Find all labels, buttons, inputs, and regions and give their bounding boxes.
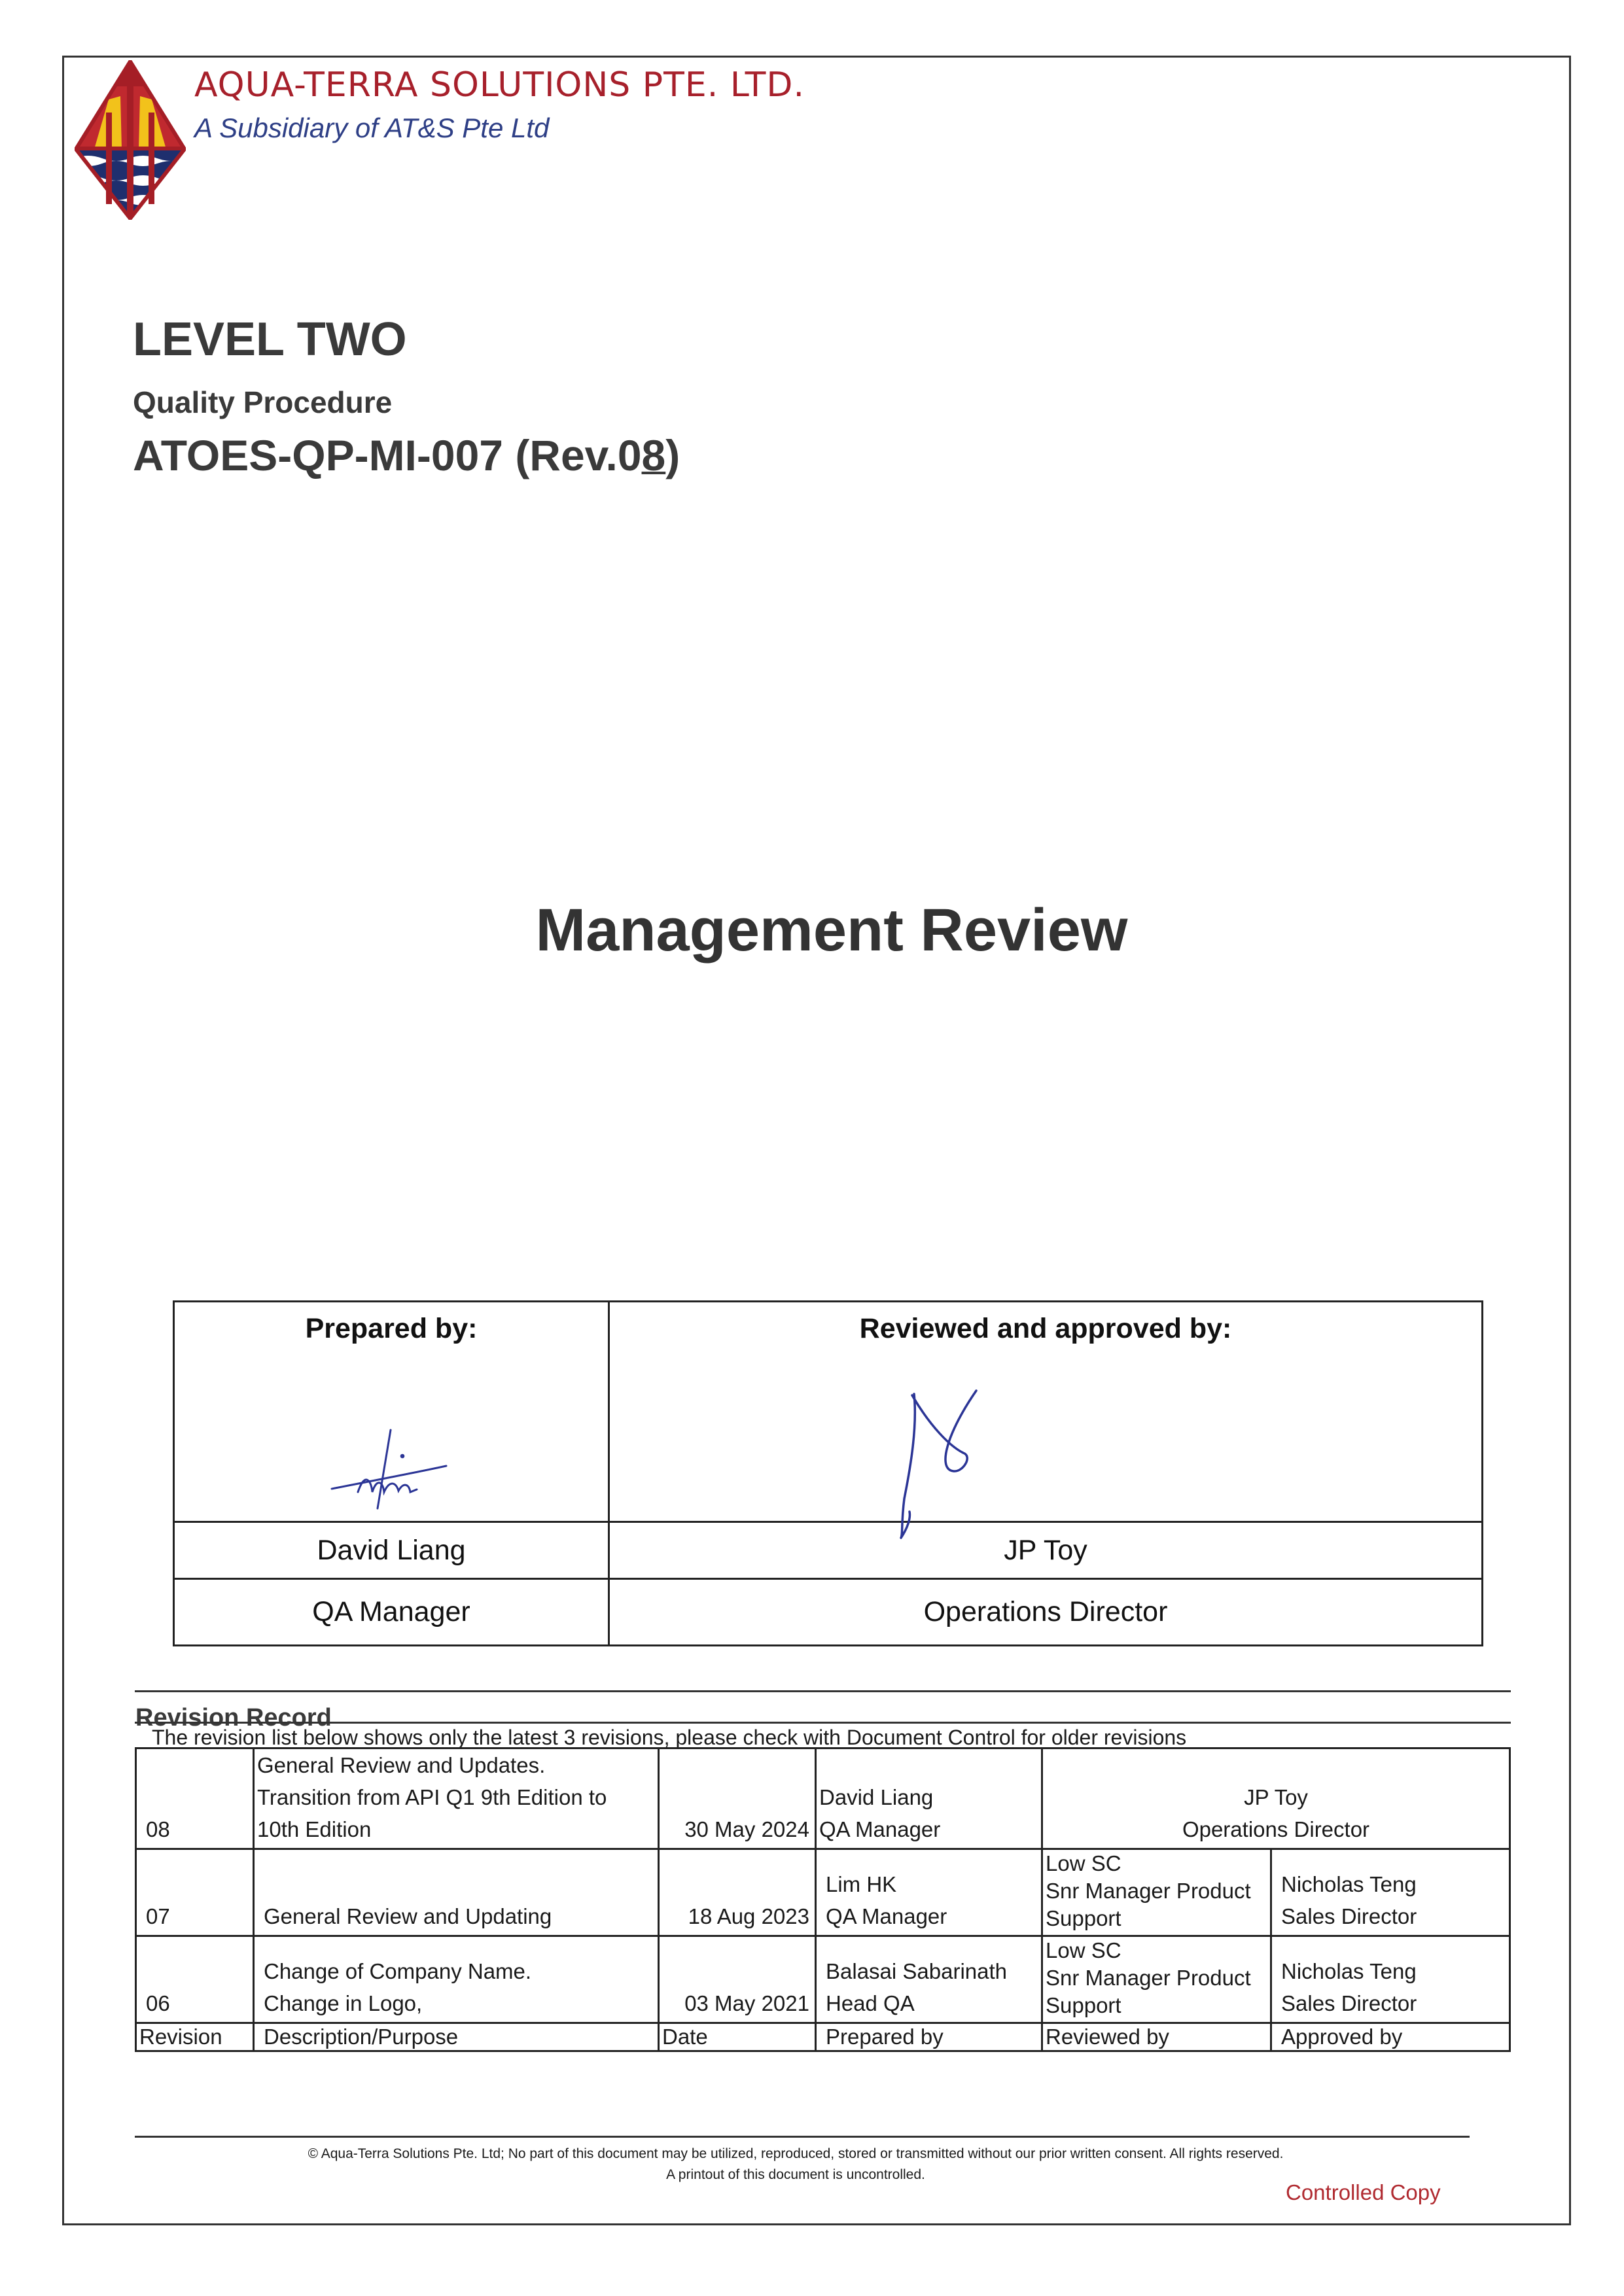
- description-cell: General Review and Updating: [254, 1849, 659, 1936]
- column-header-prepared-by: Prepared by: [816, 2023, 1042, 2051]
- reviewed-by-role: Operations Director: [609, 1579, 1483, 1646]
- reviewed-by-name: JP Toy: [609, 1522, 1483, 1579]
- table-row: 08 General Review and Updates.Transition…: [136, 1748, 1510, 1849]
- document-type: Quality Procedure: [133, 385, 392, 420]
- date-cell: 18 Aug 2023: [659, 1849, 816, 1936]
- document-number-suffix: ): [665, 431, 680, 479]
- reviewer-signature-icon: [872, 1387, 1068, 1544]
- reviewed-by-header: Reviewed and approved by:: [860, 1313, 1232, 1344]
- company-subsidiary: A Subsidiary of AT&S Pte Ltd: [194, 113, 549, 144]
- approved-by-cell: Nicholas TengSales Director: [1271, 1849, 1510, 1936]
- column-header-approved-by: Approved by: [1271, 2023, 1510, 2051]
- company-logo-icon: [75, 60, 186, 220]
- document-title: Management Review: [0, 896, 1624, 965]
- document-number: ATOES-QP-MI-007 (Rev.08): [133, 430, 680, 480]
- approved-by-cell: Nicholas TengSales Director: [1271, 1936, 1510, 2023]
- revision-record-title-rule: [135, 1722, 1511, 1724]
- column-header-date: Date: [659, 2023, 816, 2051]
- controlled-copy-stamp: Controlled Copy: [1286, 2180, 1441, 2205]
- company-name: AQUA-TERRA SOLUTIONS PTE. LTD.: [194, 65, 805, 105]
- approval-signature-table: Prepared by: Reviewed and approved by:: [173, 1300, 1483, 1646]
- prepared-by-header: Prepared by:: [306, 1313, 478, 1344]
- column-header-revision: Revision: [136, 2023, 254, 2051]
- prepared-by-role: QA Manager: [174, 1579, 609, 1646]
- table-row: 06 Change of Company Name.Change in Logo…: [136, 1936, 1510, 2023]
- reviewed-by-cell: Low SCSnr Manager ProductSupport: [1042, 1849, 1271, 1936]
- document-number-revision-digit: 8: [642, 431, 666, 479]
- revision-cell: 06: [136, 1936, 254, 2023]
- description-cell: General Review and Updates.Transition fr…: [254, 1748, 659, 1849]
- prepared-by-cell: Prepared by:: [174, 1302, 609, 1522]
- date-cell: 03 May 2021: [659, 1936, 816, 2023]
- table-header-row: Revision Description/Purpose Date Prepar…: [136, 2023, 1510, 2051]
- revision-cell: 08: [136, 1748, 254, 1849]
- reviewed-by-cell: Reviewed and approved by:: [609, 1302, 1483, 1522]
- date-cell: 30 May 2024: [659, 1748, 816, 1849]
- reviewed-by-cell: Low SCSnr Manager ProductSupport: [1042, 1936, 1271, 2023]
- footer-rule: [135, 2136, 1470, 2138]
- revision-cell: 07: [136, 1849, 254, 1936]
- prepared-by-cell: Lim HKQA Manager: [816, 1849, 1042, 1936]
- prepared-by-cell: David LiangQA Manager: [816, 1748, 1042, 1849]
- revision-record-note: The revision list below shows only the l…: [152, 1726, 1186, 1750]
- prepared-by-name: David Liang: [174, 1522, 609, 1579]
- prepared-by-cell: Balasai SabarinathHead QA: [816, 1936, 1042, 2023]
- document-level: LEVEL TWO: [133, 313, 407, 366]
- column-header-description: Description/Purpose: [254, 2023, 659, 2051]
- document-number-prefix: ATOES-QP-MI-007 (Rev.0: [133, 431, 642, 479]
- table-row: 07 General Review and Updating 18 Aug 20…: [136, 1849, 1510, 1936]
- revision-record-top-rule: [135, 1690, 1511, 1692]
- reviewed-approved-by-cell: JP ToyOperations Director: [1042, 1748, 1510, 1849]
- prepared-signature-icon: [325, 1427, 469, 1512]
- column-header-reviewed-by: Reviewed by: [1042, 2023, 1271, 2051]
- footer-copyright: © Aqua-Terra Solutions Pte. Ltd; No part…: [0, 2146, 1624, 2162]
- revision-record-table: 08 General Review and Updates.Transition…: [135, 1747, 1511, 2052]
- description-cell: Change of Company Name.Change in Logo,: [254, 1936, 659, 2023]
